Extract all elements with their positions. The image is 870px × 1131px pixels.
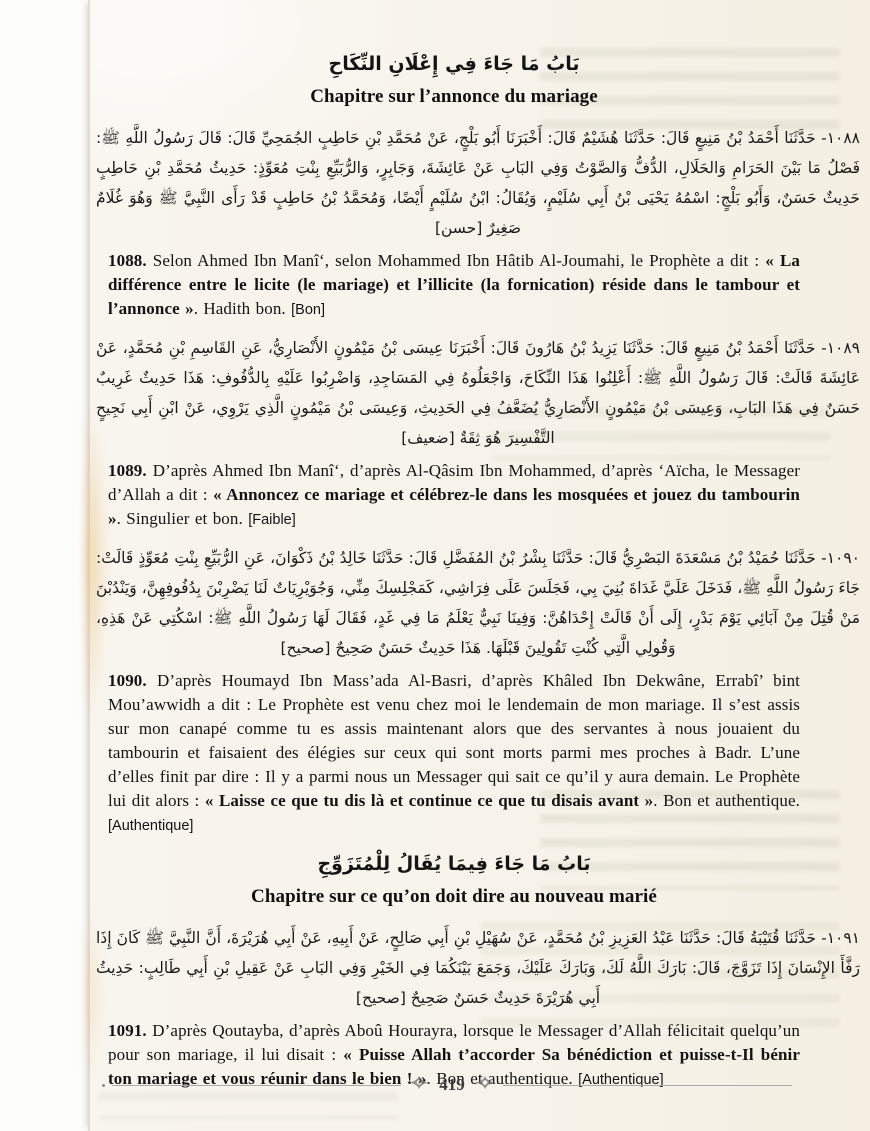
fleuron-ornament-icon xyxy=(474,1075,496,1095)
hadith-number: 1089. xyxy=(108,461,153,480)
hadith-grade-tag: [Faible] xyxy=(248,512,296,528)
hadith-french-translation: 1089. D’après Ahmed Ibn Manî‘, d’après A… xyxy=(108,459,800,532)
hadith-french-translation: 1090. D’après Houmayd Ibn Mass’ada Al-Ba… xyxy=(108,669,800,838)
page-content: بَابُ مَا جَاءَ فِي إِعْلَانِ النِّكَاحِ… xyxy=(88,0,870,1092)
hadith-arabic-text: ١٠٨٨- حَدَّثَنَا أَحْمَدُ بْنُ مَنِيعٍ ق… xyxy=(96,123,860,243)
footer-rule-right xyxy=(503,1085,792,1086)
hadith-arabic-text: ١٠٩١- حَدَّثَنَا قُتَيْبَةُ قَالَ: حَدَّ… xyxy=(96,923,860,1013)
hadith-french-segment: « Laisse ce que tu dis là et continue ce… xyxy=(205,791,653,810)
footer-rule-left xyxy=(112,1085,401,1086)
hadith-number: 1090. xyxy=(108,671,157,690)
page-footer: 419 xyxy=(102,1075,792,1095)
chapter-title-arabic: بَابُ مَا جَاءَ فِيمَا يُقَالُ لِلْمُتَز… xyxy=(108,850,800,878)
hadith-french-segment: . Hadith bon. xyxy=(194,299,291,318)
hadith-grade-tag: [Bon] xyxy=(291,302,325,318)
chapter-title-french: Chapitre sur l’annonce du mariage xyxy=(108,84,800,109)
hadith-french-segment: Selon Ahmed Ibn Manî‘, selon Mohammed Ib… xyxy=(153,251,766,270)
fleuron-ornament-icon xyxy=(408,1075,430,1095)
showthrough-ghost-text xyxy=(98,1092,398,1120)
hadith-french-segment: . Singulier et bon. xyxy=(117,509,249,528)
hadith-arabic-text: ١٠٨٩- حَدَّثَنَا أَحْمَدُ بْنُ مَنِيعٍ ق… xyxy=(96,333,860,453)
hadith-french-translation: 1088. Selon Ahmed Ibn Manî‘, selon Moham… xyxy=(108,249,800,322)
chapter-title-arabic: بَابُ مَا جَاءَ فِي إِعْلَانِ النِّكَاحِ xyxy=(108,50,800,78)
hadith-arabic-text: ١٠٩٠- حَدَّثَنَا حُمَيْدُ بْنُ مَسْعَدَة… xyxy=(96,543,860,663)
hadith-number: 1088. xyxy=(108,251,153,270)
hadith-french-segment: D’après Houmayd Ibn Mass’ada Al-Basri, d… xyxy=(108,671,800,810)
hadith-number: 1091. xyxy=(108,1021,152,1040)
hadith-grade-tag: [Authentique] xyxy=(108,818,193,834)
footer-dot-ornament xyxy=(102,1084,105,1087)
scanned-book-page: { "page": { "number": "419" }, "chapters… xyxy=(0,0,870,1131)
chapter-title-french: Chapitre sur ce qu’on doit dire au nouve… xyxy=(108,884,800,909)
page-number: 419 xyxy=(437,1075,467,1095)
book-page-paper: بَابُ مَا جَاءَ فِي إِعْلَانِ النِّكَاحِ… xyxy=(88,0,870,1131)
hadith-french-segment: . Bon et authentique. xyxy=(653,791,800,810)
